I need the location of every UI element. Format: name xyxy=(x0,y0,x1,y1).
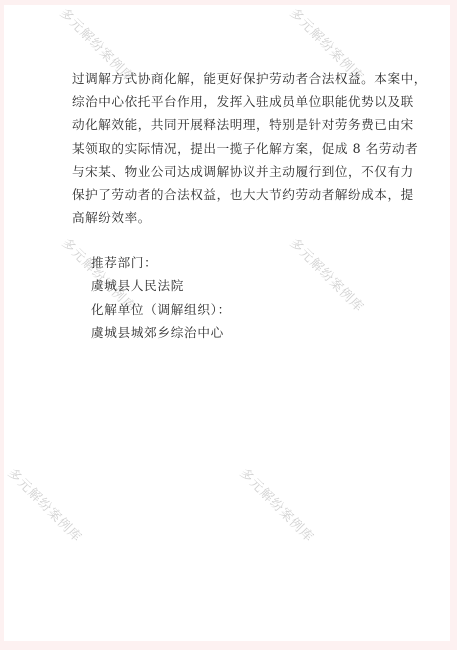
mediation-unit-label: 化解单位（调解组织）： xyxy=(91,298,231,321)
mediation-unit-value: 虞城县城郊乡综治中心 xyxy=(91,321,231,344)
recommending-dept-value: 虞城县人民法院 xyxy=(91,274,231,297)
recommending-dept-label: 推荐部门： xyxy=(91,251,231,274)
case-analysis-paragraph: 过调解方式协商化解，能更好保护劳动者合法权益。本案中， 综治中心依托平台作用，发… xyxy=(72,67,390,229)
paragraph-line: 高解纷效率。 xyxy=(72,206,390,229)
paragraph-line: 保护了劳动者的合法权益，也大大节约劳动者解纷成本，提 xyxy=(72,183,390,206)
watermark: 多元解纷案例库 xyxy=(5,463,88,546)
watermark: 多元解纷案例库 xyxy=(287,233,370,316)
document-page: 多元解纷案例库 多元解纷案例库 多元解纷案例库 多元解纷案例库 多元解纷案例库 … xyxy=(4,5,450,641)
paragraph-line: 综治中心依托平台作用，发挥入驻成员单位职能优势以及联 xyxy=(72,90,390,113)
watermark: 多元解纷案例库 xyxy=(237,463,320,546)
case-meta-info: 推荐部门： 虞城县人民法院 化解单位（调解组织）： 虞城县城郊乡综治中心 xyxy=(91,251,231,345)
paragraph-line: 某领取的实际情况，提出一揽子化解方案，促成 8 名劳动者 xyxy=(72,137,390,160)
paragraph-line: 过调解方式协商化解，能更好保护劳动者合法权益。本案中， xyxy=(72,67,390,90)
paragraph-line: 与宋某、物业公司达成调解协议并主动履行到位，不仅有力 xyxy=(72,160,390,183)
paragraph-line: 动化解效能，共同开展释法明理，特别是针对劳务费已由宋 xyxy=(72,113,390,136)
